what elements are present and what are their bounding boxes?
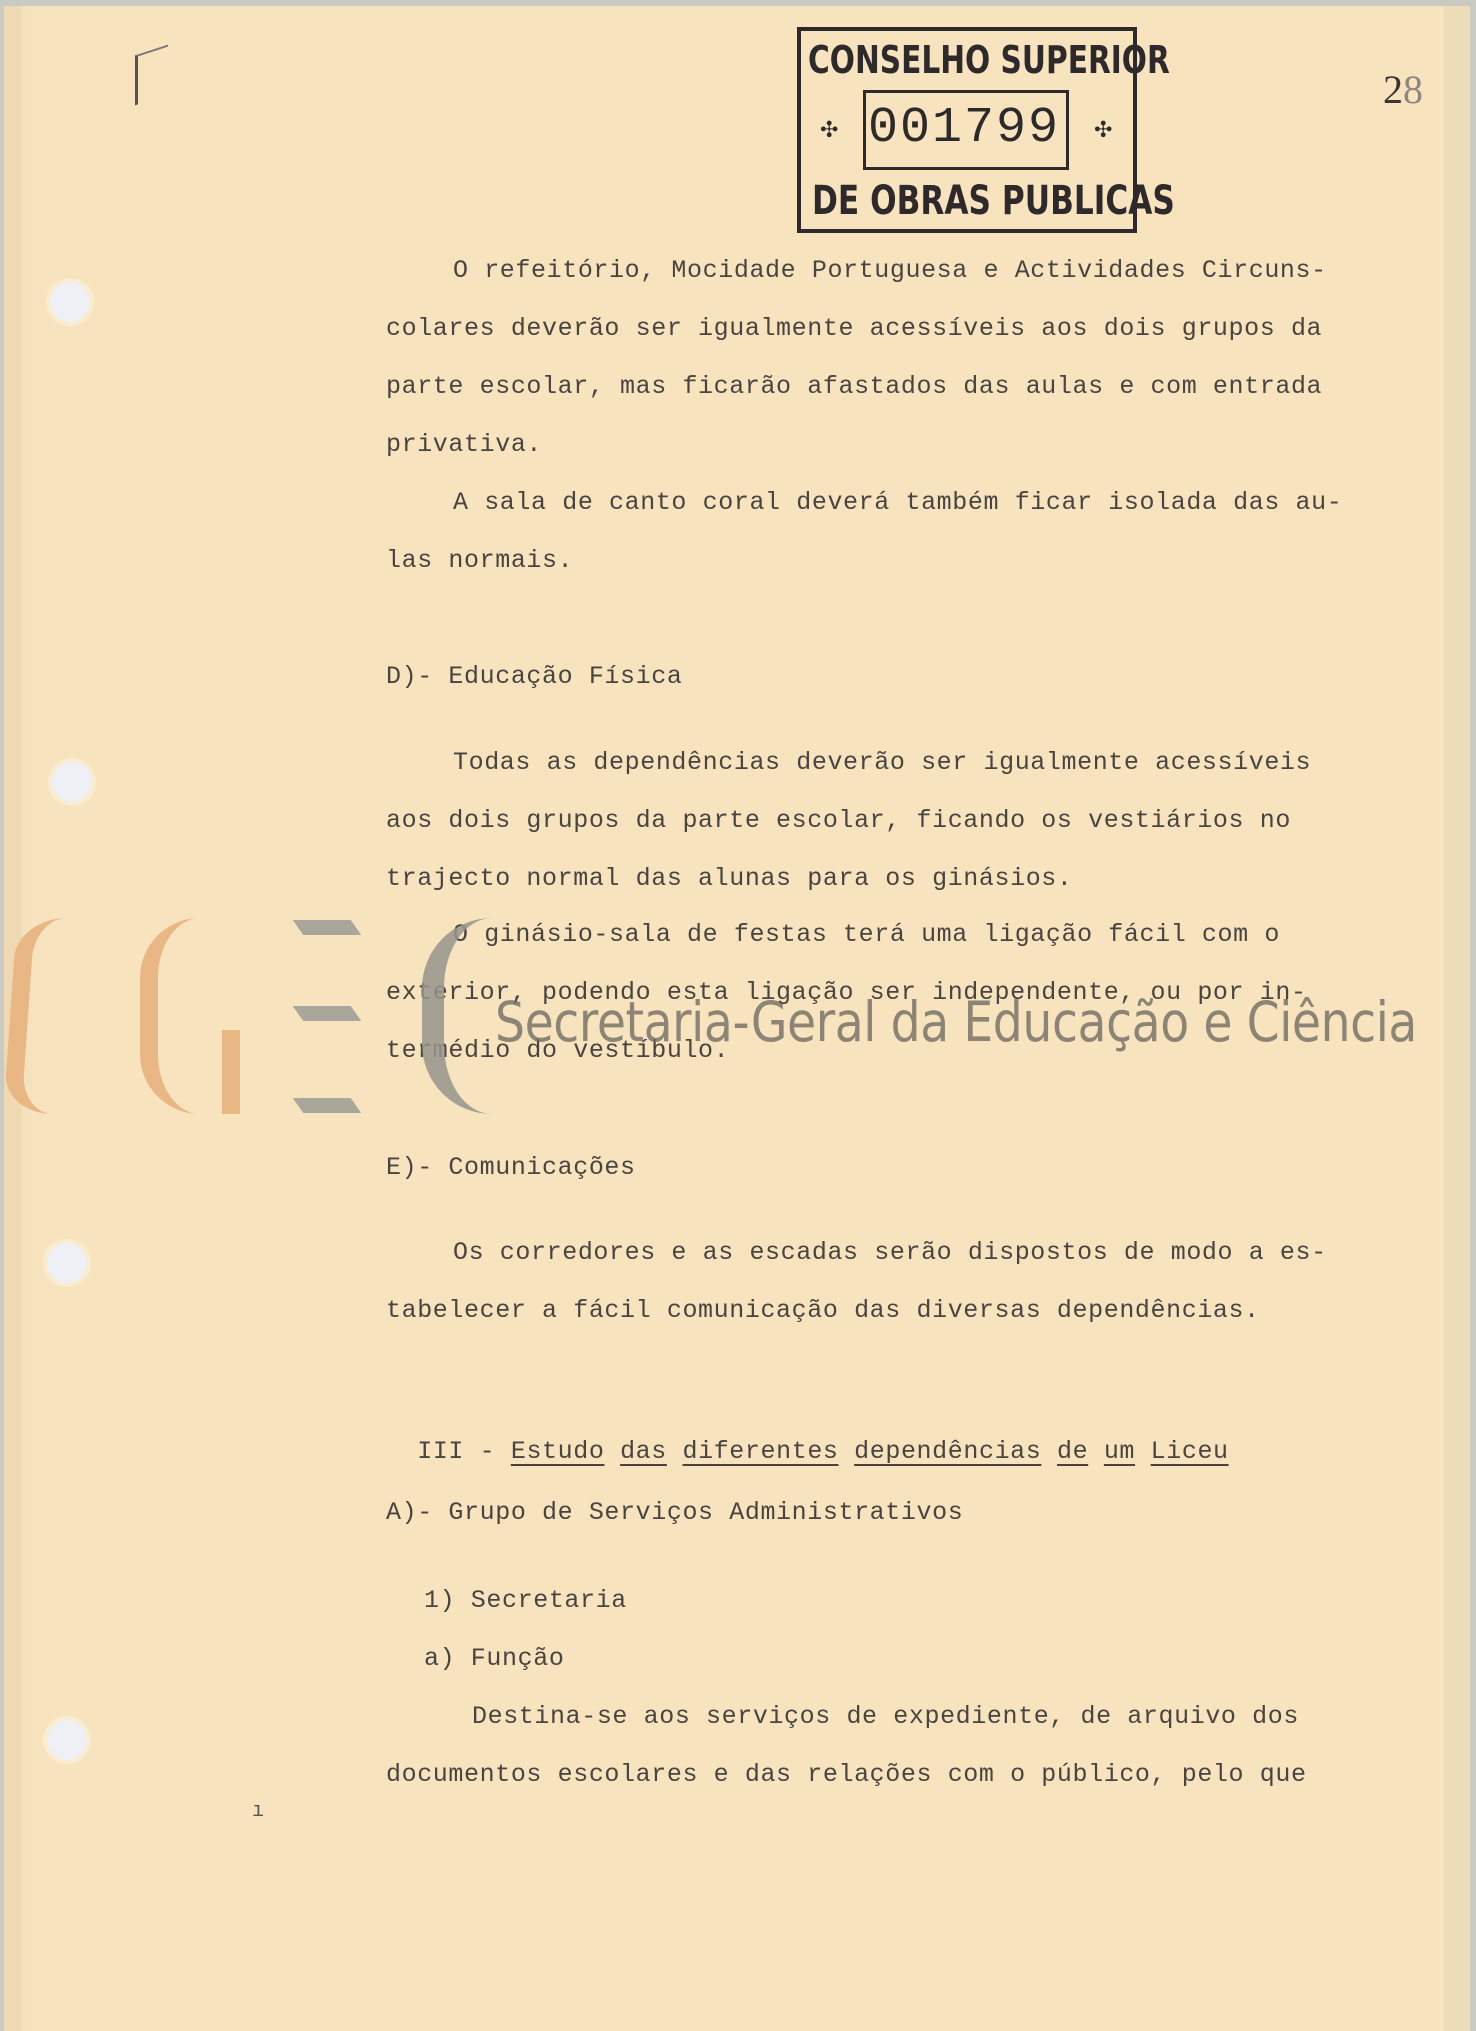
paragraph-line: Todas as dependências deverão ser igualm…: [453, 750, 1311, 775]
punch-hole: [50, 282, 90, 322]
watermark-letter-g-stem: [222, 1030, 240, 1114]
paragraph-line: Destina-se aos serviços de expediente, d…: [472, 1704, 1299, 1729]
paragraph-line: Os corredores e as escadas serão dispost…: [453, 1240, 1327, 1265]
punch-hole: [47, 1243, 87, 1283]
page-number-digit: 2: [1383, 67, 1403, 112]
paragraph-line: colares deverão ser igualmente acessívei…: [386, 316, 1322, 341]
heading-word: das: [620, 1437, 667, 1466]
section-heading-iii: III - Estudo das diferentes dependências…: [386, 1414, 1229, 1464]
paragraph-line: trajecto normal das alunas para os ginás…: [386, 866, 1073, 891]
stamp-ornament-right-icon: ✣: [1094, 118, 1112, 143]
stamp-registry-number: 001799: [868, 100, 1060, 157]
section-heading-e: E)- Comunicações: [386, 1155, 636, 1180]
stamp-title-top: CONSELHO SUPERIOR: [808, 38, 1170, 82]
paragraph-line: A sala de canto coral deverá também fica…: [453, 490, 1342, 515]
stamp-title-bottom: DE OBRAS PUBLICAS: [812, 178, 1175, 224]
heading-word: dependências: [854, 1437, 1041, 1466]
page-number-faint-digit: 8: [1403, 67, 1423, 112]
paragraph-line: tabelecer a fácil comunicação das divers…: [386, 1298, 1260, 1323]
section-heading-d: D)- Educação Física: [386, 664, 682, 689]
margin-tick-mark: ı: [252, 1800, 264, 1823]
list-item-a: a) Função: [424, 1646, 564, 1671]
paragraph-line: documentos escolares e das relações com …: [386, 1762, 1307, 1787]
heading-word: de: [1057, 1437, 1088, 1466]
heading-word: Estudo: [511, 1437, 605, 1466]
subsection-heading-a: A)- Grupo de Serviços Administrativos: [386, 1500, 963, 1525]
paragraph-line: privativa.: [386, 432, 542, 457]
watermark-text: Secretaria-Geral da Educação e Ciência: [495, 990, 1417, 1054]
paragraph-line: aos dois grupos da parte escolar, ficand…: [386, 808, 1291, 833]
heading-word: diferentes: [683, 1437, 839, 1466]
punch-hole: [47, 1720, 87, 1760]
section-number: III -: [417, 1437, 511, 1466]
paragraph-line: parte escolar, mas ficarão afastados das…: [386, 374, 1322, 399]
heading-word: um: [1104, 1437, 1135, 1466]
page-number: 28: [1383, 66, 1423, 113]
watermark-letter-e-bar: [293, 920, 362, 935]
paragraph-line: O refeitório, Mocidade Portuguesa e Acti…: [453, 258, 1327, 283]
watermark-letter-e-bar: [293, 1006, 362, 1021]
paragraph-line: O ginásio-sala de festas terá uma ligaçã…: [453, 922, 1280, 947]
watermark-letter-e-bar: [293, 1098, 362, 1113]
heading-word: Liceu: [1151, 1437, 1229, 1466]
stamp-ornament-left-icon: ✣: [820, 118, 838, 143]
punch-hole: [52, 762, 92, 802]
list-item-1: 1) Secretaria: [424, 1588, 627, 1613]
paragraph-line: las normais.: [386, 548, 573, 573]
page-right-edge: [1444, 6, 1470, 2031]
